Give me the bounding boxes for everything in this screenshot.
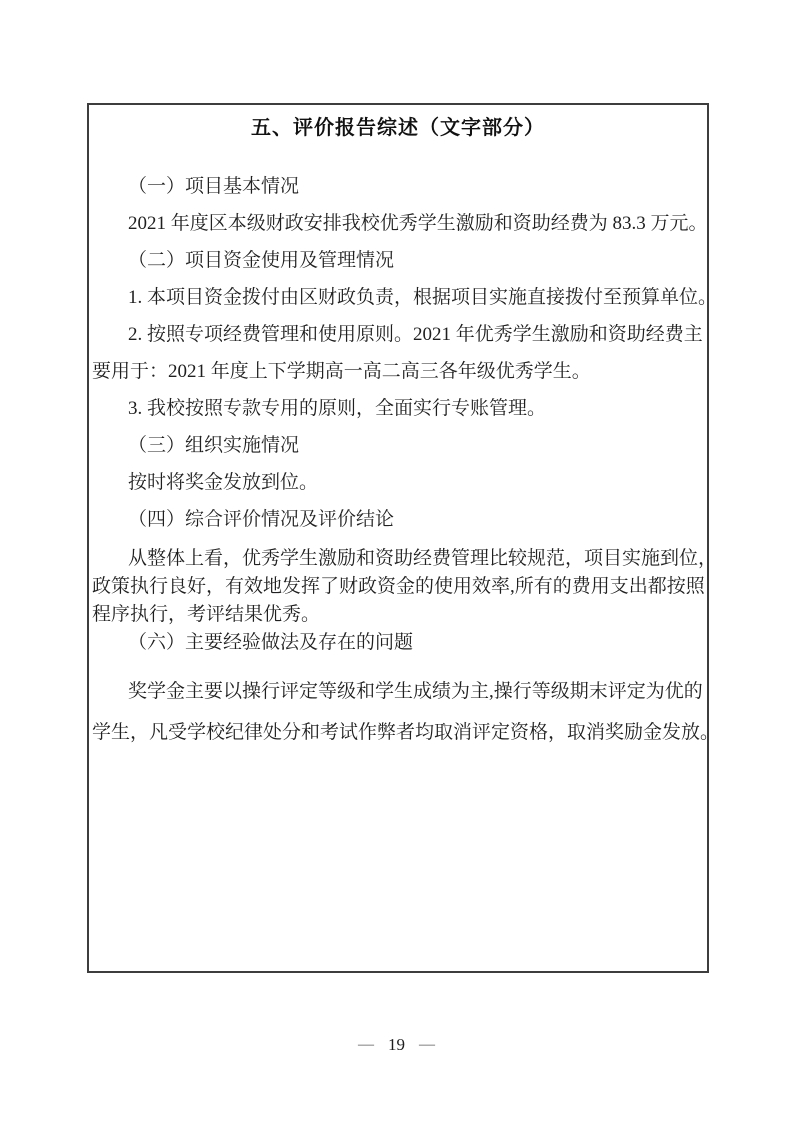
text-line: 1. 本项目资金拨付由区财政负责，根据项目实施直接拨付至预算单位。: [89, 279, 707, 316]
page-number: 19: [388, 1035, 405, 1055]
document-page: { "report": { "title": "五、评价报告综述（文字部分）",…: [0, 0, 793, 1122]
text-line: 要用于：2021 年度上下学期高一高二高三各年级优秀学生。: [89, 353, 707, 390]
text-line: 学生，凡受学校纪律处分和考试作弊者均取消评定资格，取消奖励金发放。: [89, 712, 707, 753]
text-line: 按时将奖金发放到位。: [89, 464, 707, 501]
text-line: （三）组织实施情况: [89, 427, 707, 464]
footer-right-dash: —: [419, 1036, 435, 1054]
report-box: 五、评价报告综述（文字部分） （一）项目基本情况2021 年度区本级财政安排我校…: [87, 103, 709, 973]
report-body: （一）项目基本情况2021 年度区本级财政安排我校优秀学生激励和资助经费为 83…: [89, 142, 707, 753]
footer-left-dash: —: [358, 1036, 374, 1054]
text-line: 从整体上看，优秀学生激励和资助经费管理比较规范，项目实施到位，: [89, 545, 707, 573]
text-line: 程序执行，考评结果优秀。: [89, 601, 707, 629]
text-line: （四）综合评价情况及评价结论: [89, 501, 707, 538]
report-title: 五、评价报告综述（文字部分）: [89, 114, 707, 142]
text-line: 2021 年度区本级财政安排我校优秀学生激励和资助经费为 83.3 万元。: [89, 205, 707, 242]
text-line: 3. 我校按照专款专用的原则，全面实行专账管理。: [89, 390, 707, 427]
text-line: 政策执行良好，有效地发挥了财政资金的使用效率,所有的费用支出都按照: [89, 573, 707, 601]
text-line: （二）项目资金使用及管理情况: [89, 242, 707, 279]
text-line: 2. 按照专项经费管理和使用原则。2021 年优秀学生激励和资助经费主: [89, 316, 707, 353]
text-line: 奖学金主要以操行评定等级和学生成绩为主,操行等级期末评定为优的: [89, 671, 707, 712]
page-footer: — 19 —: [0, 1035, 793, 1055]
text-line: （一）项目基本情况: [89, 168, 707, 205]
text-line: （六）主要经验做法及存在的问题: [89, 629, 707, 657]
